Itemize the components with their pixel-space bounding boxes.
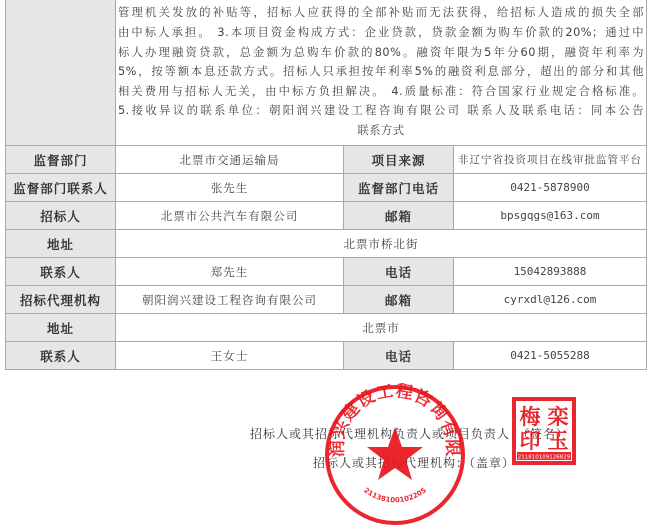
project-source-label: 项目来源 — [344, 146, 454, 174]
tender-info-table: 管理机关发放的补贴等，招标人应获得的全部补贴而无法获得，给招标人造成的损失全部 … — [5, 0, 647, 370]
description-line: 联系方式 — [118, 121, 644, 141]
description-line: 相关费用与招标人无关，由中标方负担解决。 4.质量标准：符合国家行业规定合格标准… — [118, 82, 644, 102]
agency-email-value: cyrxdl@126.com — [454, 286, 647, 314]
tenderer-label: 招标人 — [6, 202, 116, 230]
agency-address-label: 地址 — [6, 314, 116, 342]
agency-phone-value: 0421-5055288 — [454, 342, 647, 370]
supervision-phone-label: 监督部门电话 — [344, 174, 454, 202]
supervision-contact-label: 监督部门联系人 — [6, 174, 116, 202]
project-source-value: 非辽宁省投资项目在线审批监管平台 — [454, 146, 647, 174]
seal-number-text: 21138100102205 — [362, 486, 428, 504]
description-label-cell — [6, 0, 116, 146]
description-cell: 管理机关发放的补贴等，招标人应获得的全部补贴而无法获得，给招标人造成的损失全部 … — [116, 0, 647, 146]
tenderer-email-label: 邮箱 — [344, 202, 454, 230]
description-line: 5.接收异议的联系单位：朝阳润兴建设工程咨询有限公司 联系人及联系电话：同本公告 — [118, 101, 644, 121]
description-line: 管理机关发放的补贴等，招标人应获得的全部补贴而无法获得，给招标人造成的损失全部 — [118, 3, 644, 23]
table-row: 联系人 郑先生 电话 15042893888 — [6, 258, 647, 286]
table-row: 监督部门 北票市交通运输局 项目来源 非辽宁省投资项目在线审批监管平台 — [6, 146, 647, 174]
tenderer-phone-label: 电话 — [344, 258, 454, 286]
table-row: 招标代理机构 朝阳润兴建设工程咨询有限公司 邮箱 cyrxdl@126.com — [6, 286, 647, 314]
table-row: 联系人 王女士 电话 0421-5055288 — [6, 342, 647, 370]
supervision-phone-value: 0421-5878900 — [454, 174, 647, 202]
supervision-dept-value: 北票市交通运输局 — [116, 146, 344, 174]
agency-label: 招标代理机构 — [6, 286, 116, 314]
agency-contact-label: 联系人 — [6, 342, 116, 370]
tenderer-contact-label: 联系人 — [6, 258, 116, 286]
tenderer-address-value: 北票市桥北街 — [116, 230, 647, 258]
table-row: 地址 北票市桥北街 — [6, 230, 647, 258]
table-row: 监督部门联系人 张先生 监督部门电话 0421-5878900 — [6, 174, 647, 202]
agency-contact-value: 王女士 — [116, 342, 344, 370]
agency-address-value: 北票市 — [116, 314, 647, 342]
agency-email-label: 邮箱 — [344, 286, 454, 314]
agency-value: 朝阳润兴建设工程咨询有限公司 — [116, 286, 344, 314]
seal-number-text: 211810109126829 — [518, 455, 571, 461]
tenderer-phone-value: 15042893888 — [454, 258, 647, 286]
tenderer-contact-value: 郑先生 — [116, 258, 344, 286]
table-row: 招标人 北票市公共汽车有限公司 邮箱 bpsgqgs@163.com — [6, 202, 647, 230]
tenderer-address-label: 地址 — [6, 230, 116, 258]
description-row: 管理机关发放的补贴等，招标人应获得的全部补贴而无法获得，给招标人造成的损失全部 … — [6, 0, 647, 146]
signature-line: 招标人或其招标代理机构负责人或项目负责人：（签名） — [250, 425, 569, 442]
description-line: 5%，按等额本息还款方式。招标人只承担按年利率5%的融资利息部分，超出的部分和其… — [118, 62, 644, 82]
supervision-dept-label: 监督部门 — [6, 146, 116, 174]
agency-phone-label: 电话 — [344, 342, 454, 370]
tenderer-email-value: bpsgqgs@163.com — [454, 202, 647, 230]
seal-company-text: 朝阳润兴建设工程咨询有限公司 — [323, 383, 462, 458]
seal-line: 招标人或其招标代理机构：（盖章） — [313, 454, 515, 471]
tenderer-value: 北票市公共汽车有限公司 — [116, 202, 344, 230]
supervision-contact-value: 张先生 — [116, 174, 344, 202]
table-row: 地址 北票市 — [6, 314, 647, 342]
description-line: 标人办理融资贷款，总金额为总购车价款的80%。融资年限为5年分60期，融资年利率… — [118, 43, 644, 63]
description-line: 由中标人承担。 3.本项目资金构成方式：企业贷款，贷款金额为购车价款的20%；通… — [118, 23, 644, 43]
